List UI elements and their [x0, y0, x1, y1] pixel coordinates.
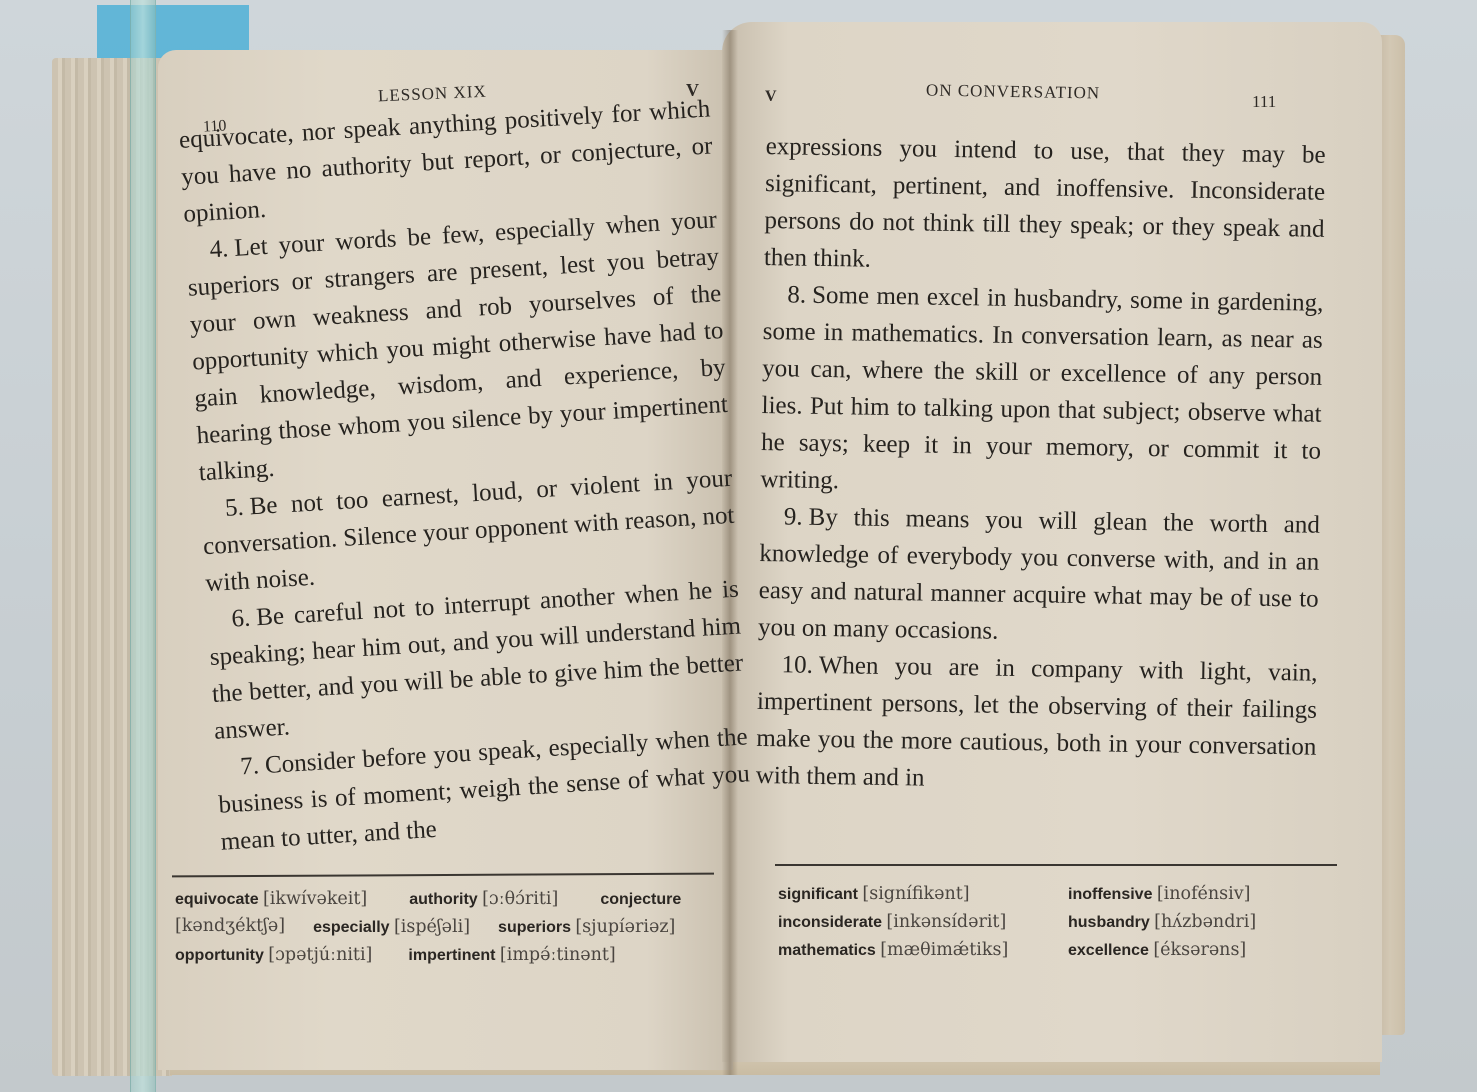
gloss-entry: husbandry [hʌ́zbəndri] [1068, 908, 1348, 936]
paragraph: 8.Some men excel in husbandry, some in g… [760, 276, 1323, 507]
gloss-entry: impertinent [impə́ːtinənt] [408, 941, 615, 969]
gloss-entry: equivocate [ikwívəkeit] [175, 885, 367, 913]
gloss-entry: significant [signífikənt] [778, 880, 1068, 908]
gloss-entry: inconsiderate [inkənsídərit] [778, 908, 1068, 936]
gloss-entry: superiors [sjupíəriəz] [498, 913, 675, 941]
footnote-rule-right [775, 864, 1337, 866]
right-glossary: significant [signífikənt] inoffensive [i… [778, 880, 1338, 964]
gloss-entry: mathematics [mæθimǽtiks] [778, 936, 1068, 964]
right-signature-mark: V [765, 88, 777, 106]
paragraph: 4.Let your words be few, especially when… [185, 201, 731, 491]
right-running-head: ON CONVERSATION [926, 80, 1100, 103]
gloss-entry: conjecture [600, 885, 681, 913]
gloss-entry: especially [ispéʃəli] [313, 913, 470, 941]
right-body-text: expressions you intend to use, that they… [756, 128, 1326, 803]
gloss-entry: opportunity [ɔpətjúːniti] [175, 941, 372, 969]
gloss-entry: excellence [éksərəns] [1068, 936, 1348, 964]
paragraph: 9.By this means you will glean the worth… [758, 498, 1320, 655]
paragraph: expressions you intend to use, that they… [764, 128, 1326, 285]
gloss-entry: authority [ɔːθɔ́riti] [409, 885, 558, 913]
paragraph: 10.When you are in company with light, v… [756, 646, 1318, 803]
gloss-entry: inoffensive [inofénsiv] [1068, 880, 1348, 908]
right-page-number: 111 [1252, 92, 1276, 112]
left-glossary: equivocate [ikwívəkeit] authority [ɔːθɔ́… [175, 885, 720, 969]
glass-ruler [130, 0, 156, 1092]
left-body-text: equivocate, nor speak anything positivel… [178, 90, 753, 860]
